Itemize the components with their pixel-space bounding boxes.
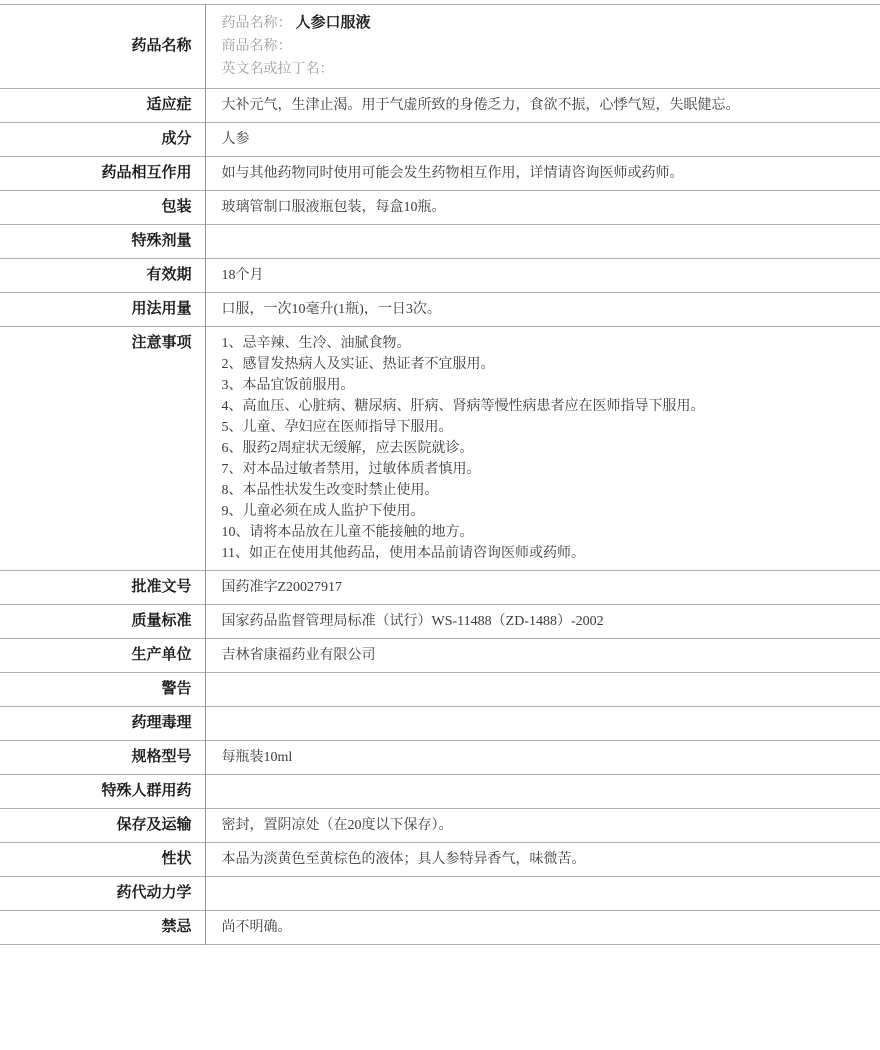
row-value-drug-interactions: 如与其他药物同时使用可能会发生药物相互作用，详情请咨询医师或药师。 [205,157,880,191]
table-row-approval-number: 批准文号国药准字Z20027917 [0,571,880,605]
row-value-shelf-life: 18个月 [205,259,880,293]
table-row-properties: 性状本品为淡黄色至黄棕色的液体；具人参特异香气，味微苦。 [0,843,880,877]
name-field-line: 药品名称：人参口服液 [222,12,865,35]
row-label-ingredients: 成分 [0,123,205,157]
table-row-manufacturer: 生产单位吉林省康福药业有限公司 [0,639,880,673]
table-row-quality-standard: 质量标准国家药品监督管理局标准（试行）WS-11488（ZD-1488）-200… [0,605,880,639]
precaution-item: 11、如正在使用其他药品，使用本品前请咨询医师或药师。 [222,543,865,564]
row-value-ingredients: 人参 [205,123,880,157]
table-row-special-populations: 特殊人群用药 [0,775,880,809]
row-label-storage-transport: 保存及运输 [0,809,205,843]
row-value-drug-name: 药品名称：人参口服液商品名称：英文名或拉丁名： [205,5,880,89]
row-label-quality-standard: 质量标准 [0,605,205,639]
row-label-indications: 适应症 [0,89,205,123]
table-row-special-dosage: 特殊剂量 [0,225,880,259]
row-label-special-populations: 特殊人群用药 [0,775,205,809]
row-value-contraindications: 尚不明确。 [205,911,880,945]
row-label-usage-dosage: 用法用量 [0,293,205,327]
row-label-precautions: 注意事项 [0,327,205,571]
row-value-packaging: 玻璃管制口服液瓶包装，每盒10瓶。 [205,191,880,225]
drug-table-body: 药品名称药品名称：人参口服液商品名称：英文名或拉丁名：适应症大补元气，生津止渴。… [0,5,880,945]
row-label-special-dosage: 特殊剂量 [0,225,205,259]
table-row-packaging: 包装玻璃管制口服液瓶包装，每盒10瓶。 [0,191,880,225]
row-label-shelf-life: 有效期 [0,259,205,293]
row-label-drug-name: 药品名称 [0,5,205,89]
precaution-item: 6、服药2周症状无缓解，应去医院就诊。 [222,438,865,459]
row-value-approval-number: 国药准字Z20027917 [205,571,880,605]
row-value-properties: 本品为淡黄色至黄棕色的液体；具人参特异香气，味微苦。 [205,843,880,877]
drug-info-page: 药品名称药品名称：人参口服液商品名称：英文名或拉丁名：适应症大补元气，生津止渴。… [0,0,880,1050]
precaution-item: 4、高血压、心脏病、糖尿病、肝病、肾病等慢性病患者应在医师指导下服用。 [222,396,865,417]
row-value-precautions: 1、忌辛辣、生冷、油腻食物。2、感冒发热病人及实证、热证者不宜服用。3、本品宜饭… [205,327,880,571]
row-label-specification: 规格型号 [0,741,205,775]
table-row-pharmacokinetics: 药代动力学 [0,877,880,911]
row-value-special-populations [205,775,880,809]
table-row-drug-interactions: 药品相互作用如与其他药物同时使用可能会发生药物相互作用，详情请咨询医师或药师。 [0,157,880,191]
name-field-line: 商品名称： [222,35,865,58]
name-field-label: 药品名称： [222,16,292,31]
row-label-pharmacology-toxicology: 药理毒理 [0,707,205,741]
precaution-item: 2、感冒发热病人及实证、热证者不宜服用。 [222,354,865,375]
table-row-usage-dosage: 用法用量口服，一次10毫升(1瓶)，一日3次。 [0,293,880,327]
table-row-pharmacology-toxicology: 药理毒理 [0,707,880,741]
row-value-storage-transport: 密封，置阴凉处（在20度以下保存）。 [205,809,880,843]
precaution-item: 10、请将本品放在儿童不能接触的地方。 [222,522,865,543]
table-row-drug-name: 药品名称药品名称：人参口服液商品名称：英文名或拉丁名： [0,5,880,89]
table-row-warning: 警告 [0,673,880,707]
row-value-specification: 每瓶装10ml [205,741,880,775]
row-label-manufacturer: 生产单位 [0,639,205,673]
name-field-label: 商品名称： [222,39,292,54]
row-value-manufacturer: 吉林省康福药业有限公司 [205,639,880,673]
row-value-quality-standard: 国家药品监督管理局标准（试行）WS-11488（ZD-1488）-2002 [205,605,880,639]
table-row-storage-transport: 保存及运输密封，置阴凉处（在20度以下保存）。 [0,809,880,843]
row-label-contraindications: 禁忌 [0,911,205,945]
row-label-properties: 性状 [0,843,205,877]
table-row-ingredients: 成分人参 [0,123,880,157]
precaution-item: 1、忌辛辣、生冷、油腻食物。 [222,333,865,354]
row-label-drug-interactions: 药品相互作用 [0,157,205,191]
row-value-warning [205,673,880,707]
row-value-indications: 大补元气，生津止渴。用于气虚所致的身倦乏力，食欲不振，心悸气短，失眠健忘。 [205,89,880,123]
row-label-warning: 警告 [0,673,205,707]
row-label-packaging: 包装 [0,191,205,225]
row-value-special-dosage [205,225,880,259]
row-value-usage-dosage: 口服，一次10毫升(1瓶)，一日3次。 [205,293,880,327]
table-row-precautions: 注意事项1、忌辛辣、生冷、油腻食物。2、感冒发热病人及实证、热证者不宜服用。3、… [0,327,880,571]
precaution-item: 3、本品宜饭前服用。 [222,375,865,396]
row-label-pharmacokinetics: 药代动力学 [0,877,205,911]
name-field-line: 英文名或拉丁名： [222,58,865,81]
name-field-value: 人参口服液 [296,15,371,31]
name-field-label: 英文名或拉丁名： [222,62,334,77]
drug-info-table: 药品名称药品名称：人参口服液商品名称：英文名或拉丁名：适应症大补元气，生津止渴。… [0,4,880,945]
row-label-approval-number: 批准文号 [0,571,205,605]
precaution-item: 8、本品性状发生改变时禁止使用。 [222,480,865,501]
precaution-item: 5、儿童、孕妇应在医师指导下服用。 [222,417,865,438]
table-row-shelf-life: 有效期18个月 [0,259,880,293]
table-row-indications: 适应症大补元气，生津止渴。用于气虚所致的身倦乏力，食欲不振，心悸气短，失眠健忘。 [0,89,880,123]
table-row-specification: 规格型号每瓶装10ml [0,741,880,775]
row-value-pharmacology-toxicology [205,707,880,741]
table-row-contraindications: 禁忌尚不明确。 [0,911,880,945]
precaution-item: 9、儿童必须在成人监护下使用。 [222,501,865,522]
precaution-item: 7、对本品过敏者禁用，过敏体质者慎用。 [222,459,865,480]
row-value-pharmacokinetics [205,877,880,911]
